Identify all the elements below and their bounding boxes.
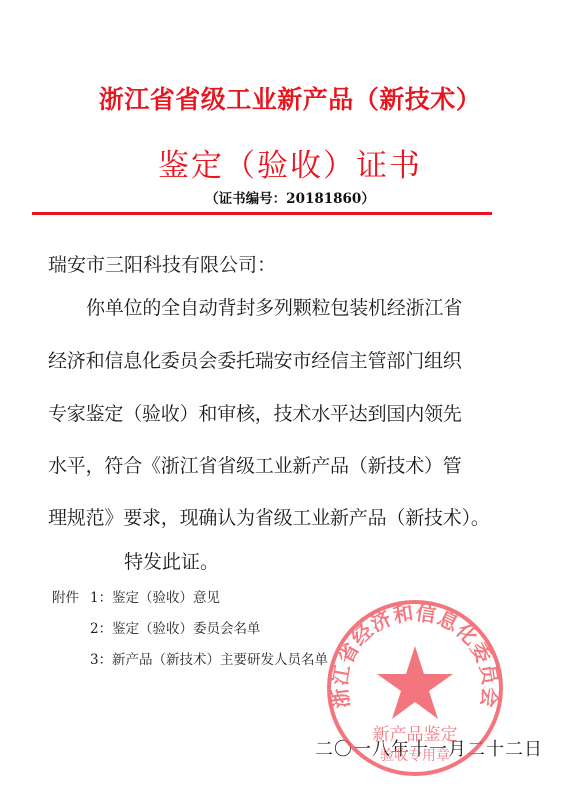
attachments-label: 附件 (52, 586, 79, 606)
body-line: 你单位的全自动背封多列颗粒包装机经浙江省 (86, 293, 462, 320)
body-line: 专家鉴定（验收）和审核，技术水平达到国内领先 (48, 399, 462, 426)
official-seal-icon: 浙江省经济和信息化委员会 新产品鉴定 验收专用章 (325, 598, 505, 778)
closing-statement: 特发此证。 (124, 547, 219, 574)
attachment-item: 新产品（新技术）主要研发人员名单 (112, 648, 328, 668)
addressee: 瑞安市三阳科技有限公司： (48, 250, 276, 277)
attachment-number: 3： (90, 648, 112, 668)
body-line: 水平，符合《浙江省省级工业新产品（新技术）管 (48, 451, 462, 478)
attachment-item: 鉴定（验收）委员会名单 (112, 617, 261, 637)
header-divider (32, 212, 492, 215)
body-line: 经济和信息化委员会委托瑞安市经信主管部门组织 (48, 346, 462, 373)
seal-inner-text-2: 验收专用章 (380, 747, 450, 764)
certificate-number: （证书编号：20181860） (0, 187, 580, 207)
title-line-1: 浙江省省级工业新产品（新技术） (0, 80, 580, 116)
attachment-number: 1： (90, 586, 112, 606)
seal-inner-text-1: 新产品鉴定 (373, 725, 458, 745)
attachment-number: 2： (90, 617, 112, 637)
attachment-item: 鉴定（验收）意见 (112, 586, 220, 606)
body-line: 理规范》要求，现确认为省级工业新产品（新技术）。 (48, 503, 490, 530)
title-line-2: 鉴定（验收）证书 (0, 140, 580, 185)
